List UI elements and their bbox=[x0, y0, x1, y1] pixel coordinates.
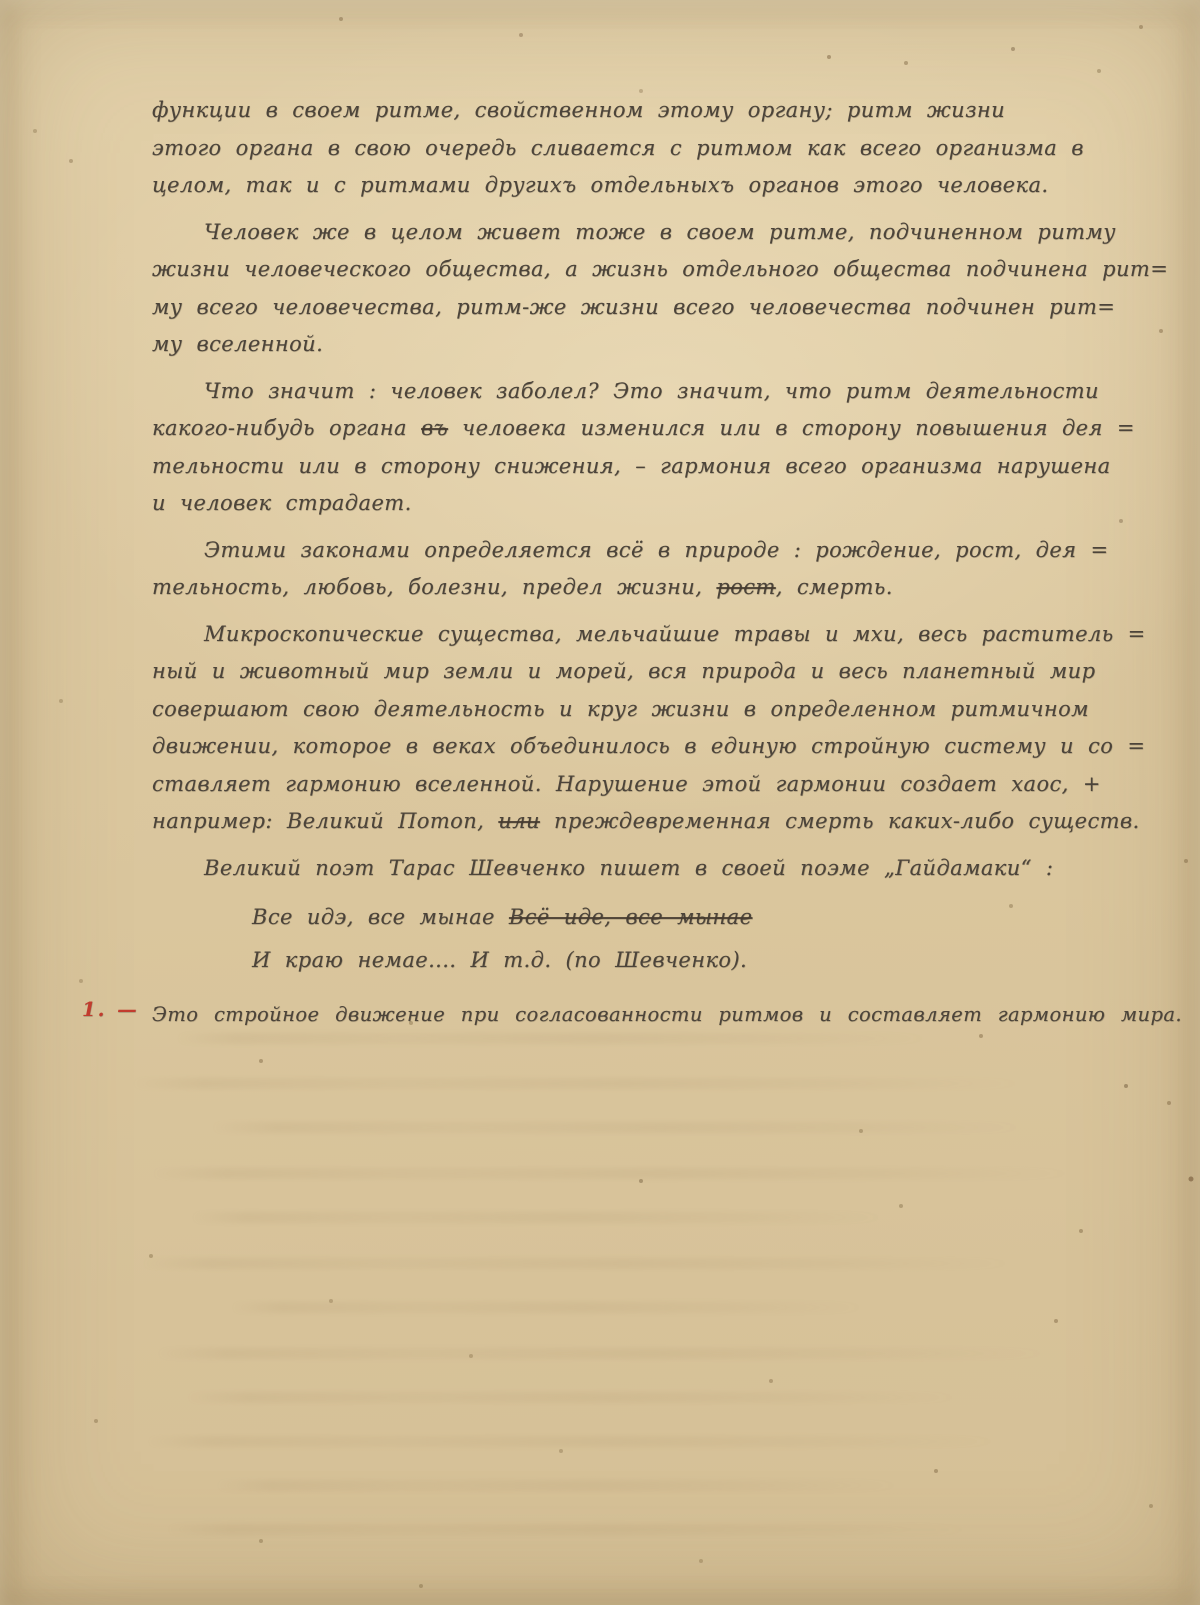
handwriting-segment: человека изменился или в сторону повышен… bbox=[448, 416, 1135, 440]
text-line: Великий поэт Тарас Шевченко пишет в свое… bbox=[152, 850, 1152, 888]
struck-out-word: рост bbox=[716, 575, 775, 599]
text-line: какого-нибудь органа въ человека изменил… bbox=[152, 410, 1152, 448]
handwriting-segment: му всего человечества, ритм-же жизни все… bbox=[152, 295, 1115, 319]
handwriting-segment: жизни человеческого общества, а жизнь от… bbox=[152, 257, 1168, 281]
text-line: Что значит : человек заболел? Это значит… bbox=[152, 373, 1152, 411]
handwriting-segment: И краю немае.... И т.д. (по Шевченко). bbox=[252, 948, 747, 972]
handwriting-segment: Это стройное движение при согласованност… bbox=[152, 1003, 1182, 1026]
bleed-through-line bbox=[150, 1168, 1080, 1179]
text-line: например: Великий Потоп, или преждевреме… bbox=[152, 803, 1152, 841]
paragraph: 1. —Это стройное движение при согласован… bbox=[152, 996, 1152, 1034]
handwriting-segment: , смерть. bbox=[776, 575, 893, 599]
text-line: функции в своем ритме, свойственном этом… bbox=[152, 92, 1152, 130]
text-line: И краю немае.... И т.д. (по Шевченко). bbox=[252, 939, 1152, 982]
struck-out-word: или bbox=[498, 809, 540, 833]
bleed-through-line bbox=[130, 1078, 1030, 1089]
text-line: Микроскопические существа, мельчайшие тр… bbox=[152, 616, 1152, 654]
handwriting-segment: этого органа в свою очередь сливается с … bbox=[152, 136, 1084, 160]
paragraph: Микроскопические существа, мельчайшие тр… bbox=[152, 616, 1152, 841]
handwriting-segment: функции в своем ритме, свойственном этом… bbox=[152, 98, 1005, 122]
paragraph: Что значит : человек заболел? Это значит… bbox=[152, 373, 1152, 523]
bleed-through-line bbox=[190, 1212, 890, 1223]
handwriting-segment: движении, которое в веках объединилось в… bbox=[152, 734, 1145, 758]
text-line: и человек страдает. bbox=[152, 485, 1152, 523]
text-line: жизни человеческого общества, а жизнь от… bbox=[152, 251, 1152, 289]
bleed-through-line bbox=[185, 1392, 965, 1403]
bleed-through-line bbox=[165, 1524, 975, 1535]
handwriting-segment: совершают свою деятельность и круг жизни… bbox=[152, 697, 1089, 721]
handwriting-segment: например: Великий Потоп, bbox=[152, 809, 498, 833]
text-line: совершают свою деятельность и круг жизни… bbox=[152, 691, 1152, 729]
text-line: Этими законами определяется всё в природ… bbox=[152, 532, 1152, 570]
text-line: этого органа в свою очередь сливается с … bbox=[152, 130, 1152, 168]
handwriting-segment: тельности или в сторону снижения, – гарм… bbox=[152, 454, 1111, 478]
paragraph: функции в своем ритме, свойственном этом… bbox=[152, 92, 1152, 205]
handwriting-segment: преждевременная смерть каких-либо сущест… bbox=[540, 809, 1140, 833]
handwriting-segment: целом, так и с ритмами другихъ отдельных… bbox=[152, 173, 1048, 197]
struck-out-word: въ bbox=[421, 416, 448, 440]
paragraph: Этими законами определяется всё в природ… bbox=[152, 532, 1152, 607]
handwriting-segment: какого-нибудь органа bbox=[152, 416, 421, 440]
text-line: Это стройное движение при согласованност… bbox=[152, 996, 1152, 1034]
text-line: му вселенной. bbox=[152, 326, 1152, 364]
handwriting-segment: тельность, любовь, болезни, предел жизни… bbox=[152, 575, 716, 599]
struck-out-word: Всё иде, все мынае bbox=[509, 905, 753, 929]
text-line: движении, которое в веках объединилось в… bbox=[152, 728, 1152, 766]
bleed-through-line bbox=[155, 1348, 1055, 1359]
handwriting-segment: Все идэ, все мынае bbox=[252, 905, 509, 929]
handwriting-segment: Этими законами определяется всё в природ… bbox=[204, 538, 1109, 562]
text-line: ставляет гармонию вселенной. Нарушение э… bbox=[152, 766, 1152, 804]
bleed-through-line bbox=[145, 1436, 1005, 1447]
text-line: тельность, любовь, болезни, предел жизни… bbox=[152, 569, 1152, 607]
handwriting-segment: Микроскопические существа, мельчайшие тр… bbox=[204, 622, 1146, 646]
handwriting-segment: му вселенной. bbox=[152, 332, 323, 356]
bleed-through-line bbox=[215, 1480, 905, 1491]
bleed-through-line bbox=[210, 1122, 1030, 1133]
bleed-through-line bbox=[140, 1258, 1020, 1269]
paragraph: Великий поэт Тарас Шевченко пишет в свое… bbox=[152, 850, 1152, 888]
paragraph: Человек же в целом живет тоже в своем ри… bbox=[152, 214, 1152, 364]
text-line: му всего человечества, ритм-же жизни все… bbox=[152, 289, 1152, 327]
bleed-through-line bbox=[230, 1302, 870, 1313]
handwriting-segment: и человек страдает. bbox=[152, 491, 412, 515]
paper-specks bbox=[0, 0, 2, 2]
text-line: тельности или в сторону снижения, – гарм… bbox=[152, 448, 1152, 486]
manuscript-page: функции в своем ритме, свойственном этом… bbox=[0, 0, 1200, 1605]
handwriting-segment: Что значит : человек заболел? Это значит… bbox=[204, 379, 1099, 403]
handwriting-segment: ный и животный мир земли и морей, вся пр… bbox=[152, 659, 1095, 683]
text-line: ный и животный мир земли и морей, вся пр… bbox=[152, 653, 1152, 691]
handwriting-segment: ставляет гармонию вселенной. Нарушение э… bbox=[152, 772, 1101, 796]
text-line: Человек же в целом живет тоже в своем ри… bbox=[152, 214, 1152, 252]
text-line: целом, так и с ритмами другихъ отдельных… bbox=[152, 167, 1152, 205]
handwriting-segment: Человек же в целом живет тоже в своем ри… bbox=[204, 220, 1116, 244]
handwritten-text: функции в своем ритме, свойственном этом… bbox=[152, 92, 1152, 1043]
text-line: Все идэ, все мынае Всё иде, все мынае bbox=[252, 896, 1152, 939]
paragraph: Все идэ, все мынае Всё иде, все мынаеИ к… bbox=[252, 896, 1152, 982]
margin-number-red-ink: 1. — bbox=[82, 998, 139, 1021]
handwriting-segment: Великий поэт Тарас Шевченко пишет в свое… bbox=[204, 856, 1053, 880]
